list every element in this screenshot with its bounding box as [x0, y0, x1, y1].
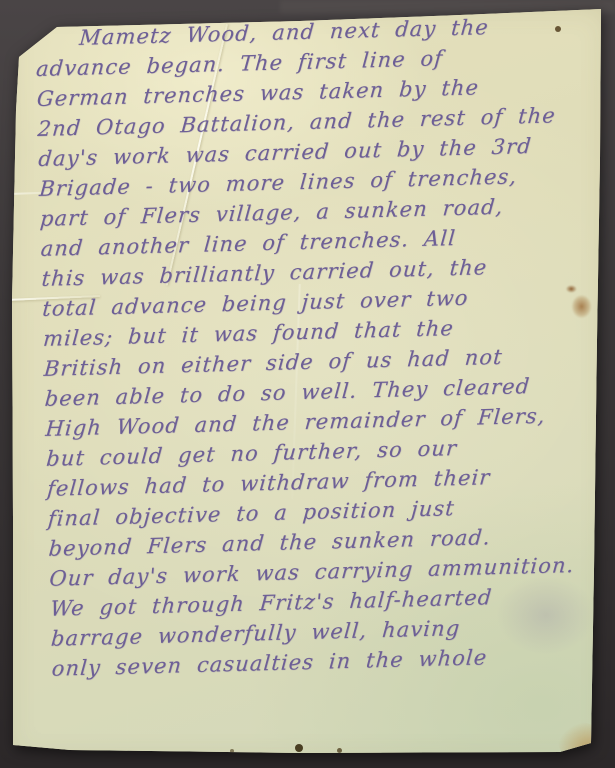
letter-text: Mametz Wood, and next day the advance be…: [34, 9, 613, 683]
paper-speck: [337, 748, 342, 753]
paper-shadow-wrap: Mametz Wood, and next day the advance be…: [0, 0, 615, 768]
letter-photograph: Mametz Wood, and next day the advance be…: [0, 0, 615, 768]
letter-paper: Mametz Wood, and next day the advance be…: [0, 0, 615, 768]
corner-stain: [558, 722, 602, 760]
paper-speck: [295, 744, 303, 752]
paper-speck: [230, 749, 234, 753]
